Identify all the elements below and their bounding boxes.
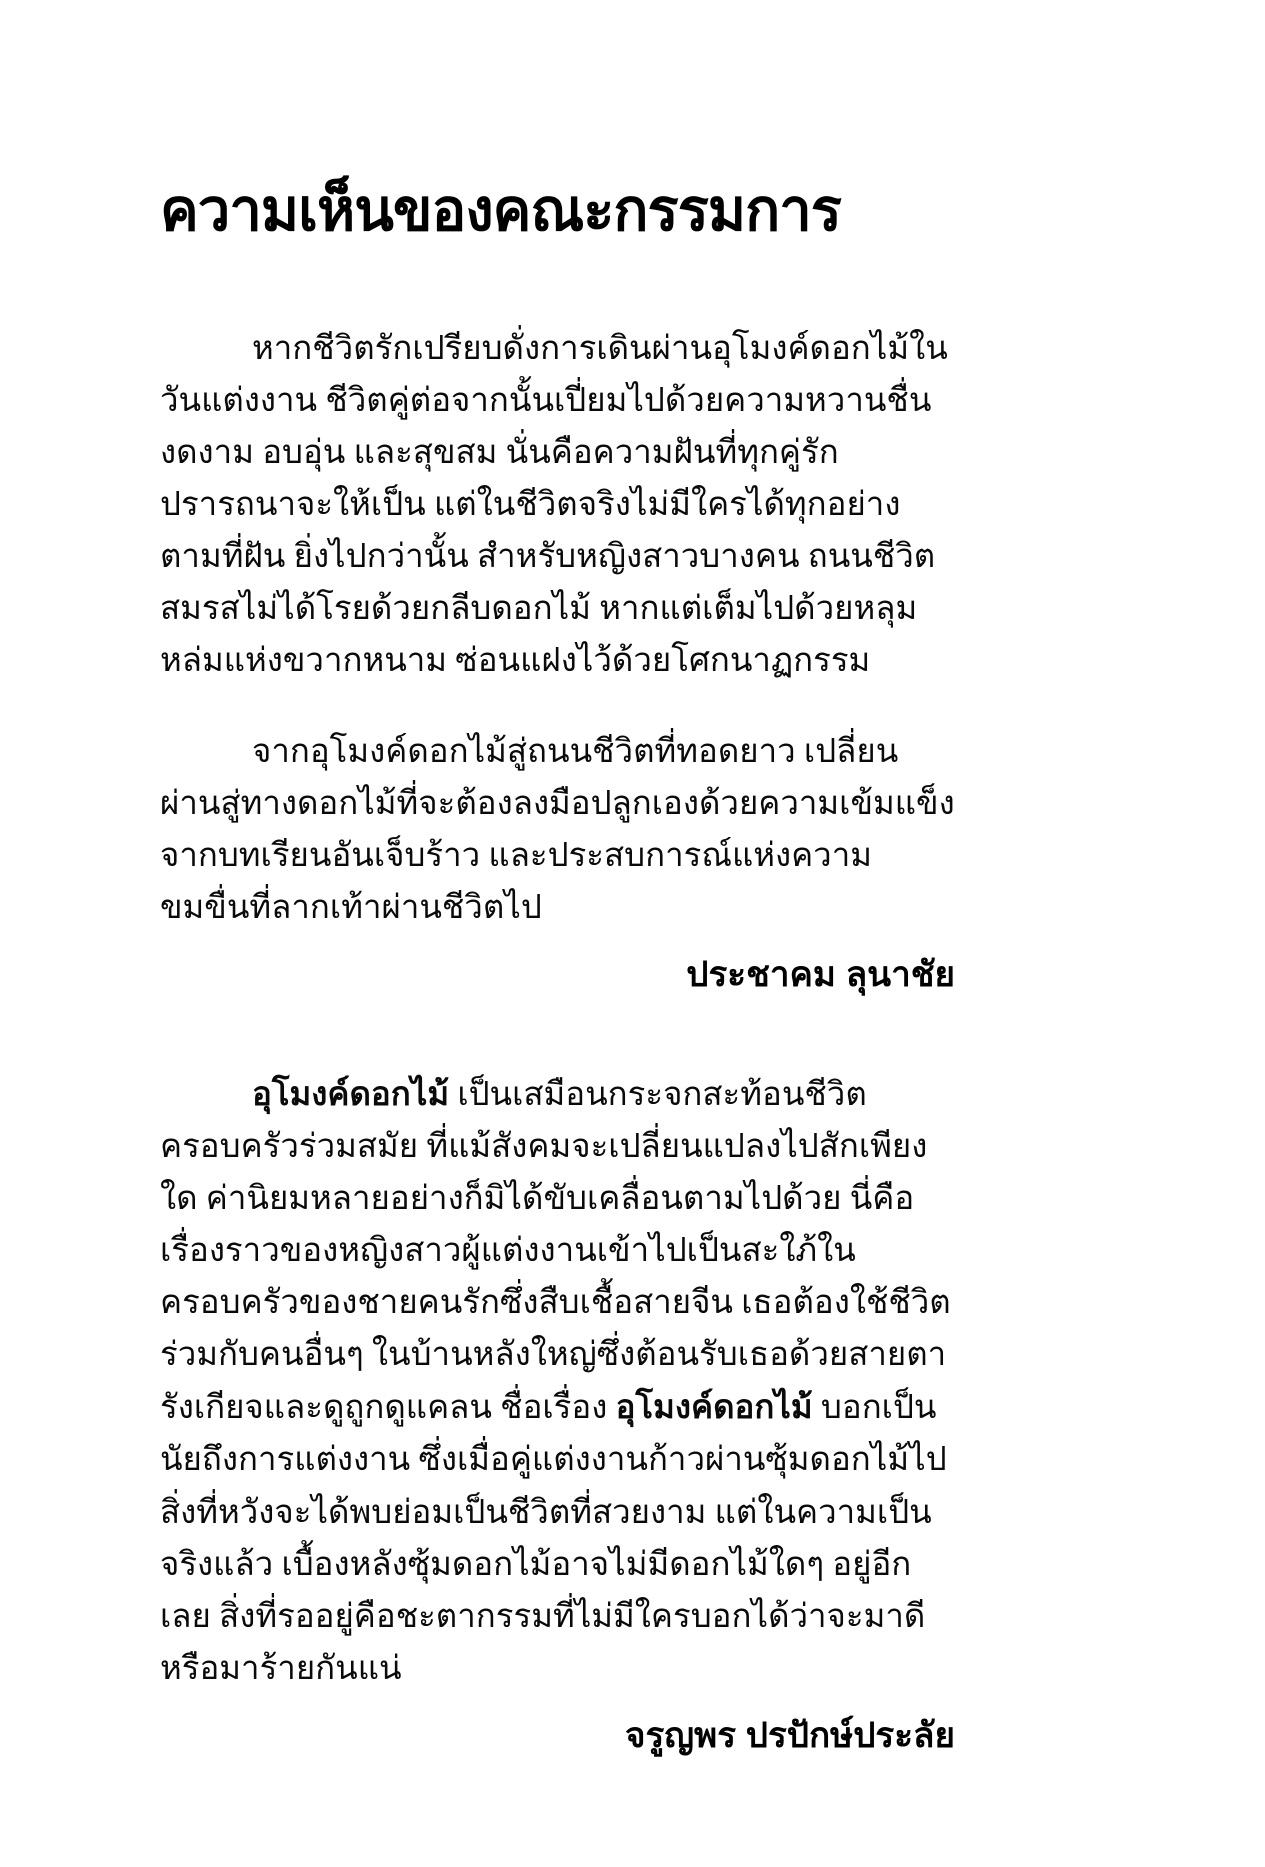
book-title-bold-1: อุโมงค์ดอกไม้ xyxy=(252,1075,449,1112)
author-1: ประชาคม ลุนาชัย xyxy=(160,952,955,998)
book-title-bold-2: อุโมงค์ดอกไม้ xyxy=(616,1388,813,1425)
book-page: ความเห็นของคณะกรรมการ หากชีวิตรักเปรียบด… xyxy=(0,0,1265,1867)
author-2: จรูญพร ปรปักษ์ประลัย xyxy=(160,1713,955,1759)
paragraph-3-text-1: เป็นเสมือนกระจกสะท้อนชีวิตครอบครัวร่วมสม… xyxy=(160,1077,951,1427)
paragraph-3: อุโมงค์ดอกไม้ เป็นเสมือนกระจกสะท้อนชีวิต… xyxy=(160,1068,955,1696)
page-title: ความเห็นของคณะกรรมการ xyxy=(160,178,955,245)
paragraph-1: หากชีวิตรักเปรียบดั่งการเดินผ่านอุโมงค์ด… xyxy=(160,323,955,688)
paragraph-3-text-2: บอกเป็นนัยถึงการแต่งงาน ซึ่งเมื่อคู่แต่ง… xyxy=(160,1390,947,1687)
paragraph-2: จากอุโมงค์ดอกไม้สู่ถนนชีวิตที่ทอดยาว เปล… xyxy=(160,726,955,935)
